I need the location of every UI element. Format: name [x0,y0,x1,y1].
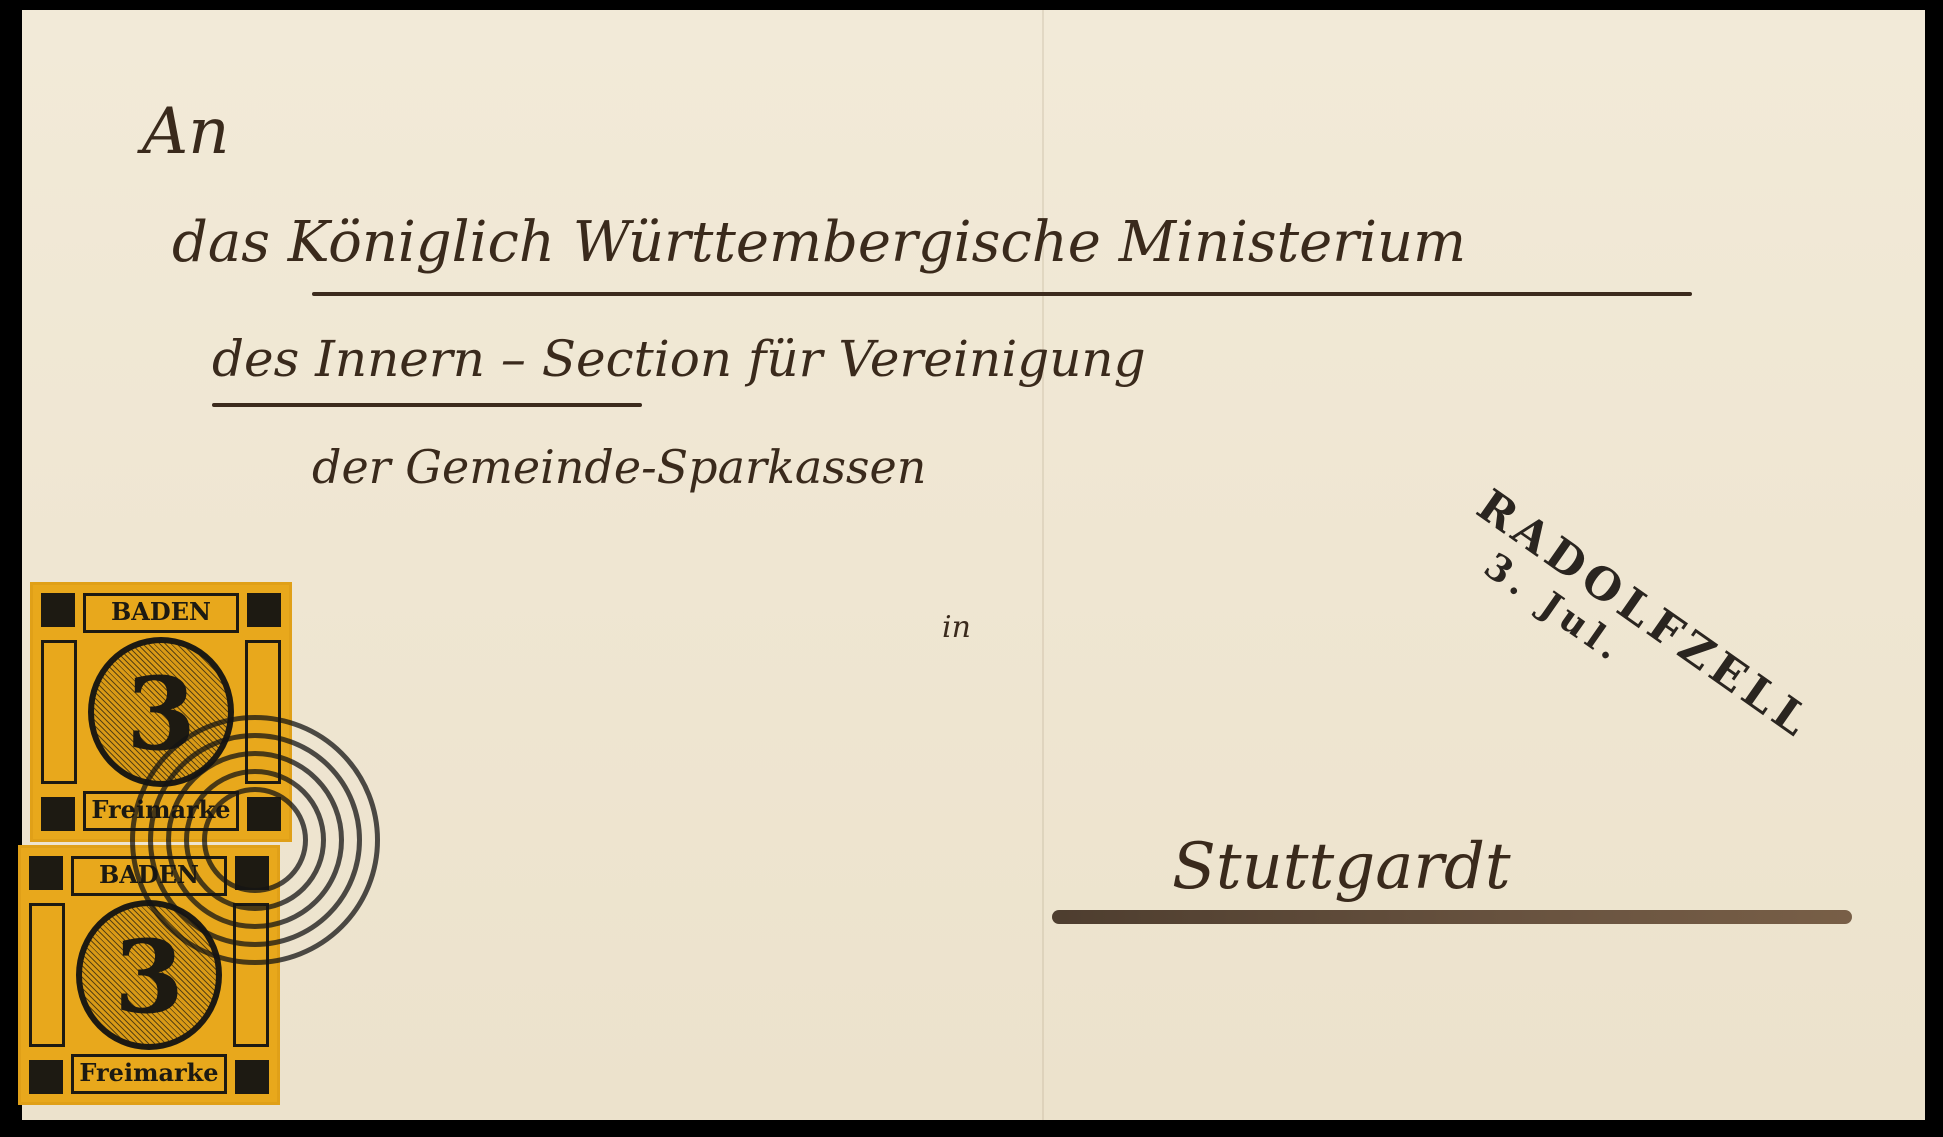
postmark-town: RADOLFZELL [1468,480,1822,749]
preposition: in [942,610,971,645]
destination: Stuttgardt [1172,830,1511,904]
address-line-3: der Gemeinde-Sparkassen [312,440,926,494]
destination-underline [1052,910,1852,924]
stamp-country: BADEN [83,593,239,633]
underline-1 [312,292,1692,296]
fold-line [1042,10,1044,1120]
salutation: An [142,95,229,169]
postal-cover: An das Königlich Württembergische Minist… [22,10,1925,1120]
town-postmark: RADOLFZELL 3. Jul. [1444,480,1822,784]
address-line-2: des Innern – Section für Vereinigung [212,330,1146,388]
stamp-label: Freimarke [71,1054,227,1094]
address-line-1: das Königlich Württembergische Ministeri… [172,210,1466,275]
underline-2 [212,403,642,407]
